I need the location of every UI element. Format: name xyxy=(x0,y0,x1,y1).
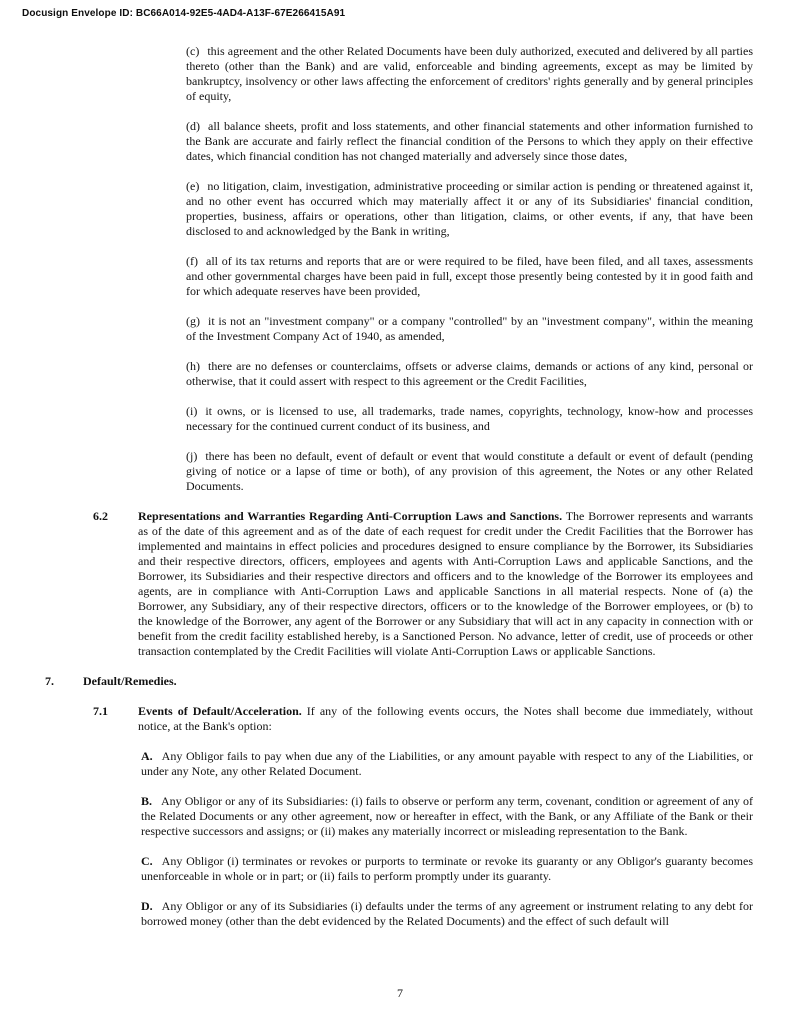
event-marker: B. xyxy=(141,794,152,808)
clause-paragraph-c: (c)this agreement and the other Related … xyxy=(186,44,753,104)
clause-marker: (f) xyxy=(186,254,198,268)
event-marker: C. xyxy=(141,854,153,868)
clause-paragraph-d: (d)all balance sheets, profit and loss s… xyxy=(186,119,753,164)
clause-text: all of its tax returns and reports that … xyxy=(186,254,753,298)
clause-paragraph-e: (e)no litigation, claim, investigation, … xyxy=(186,179,753,239)
event-paragraph-d: D.Any Obligor or any of its Subsidiaries… xyxy=(141,899,753,929)
clause-text: this agreement and the other Related Doc… xyxy=(186,44,753,103)
section-heading: Representations and Warranties Regarding… xyxy=(138,509,562,523)
section-text: Representations and Warranties Regarding… xyxy=(138,509,753,659)
clause-paragraph-g: (g)it is not an "investment company" or … xyxy=(186,314,753,344)
event-text: Any Obligor or any of its Subsidiaries: … xyxy=(141,794,753,838)
clause-marker: (e) xyxy=(186,179,199,193)
clause-marker: (h) xyxy=(186,359,200,373)
clause-text: it is not an "investment company" or a c… xyxy=(186,314,753,343)
section-number: 6.2 xyxy=(93,509,138,659)
clause-marker: (j) xyxy=(186,449,197,463)
event-paragraph-b: B.Any Obligor or any of its Subsidiaries… xyxy=(141,794,753,839)
clause-text: there has been no default, event of defa… xyxy=(186,449,753,493)
event-paragraph-a: A.Any Obligor fails to pay when due any … xyxy=(141,749,753,779)
clause-text: there are no defenses or counterclaims, … xyxy=(186,359,753,388)
page-number: 7 xyxy=(0,986,800,1001)
docusign-envelope-id: Docusign Envelope ID: BC66A014-92E5-4AD4… xyxy=(22,8,345,19)
clause-paragraph-i: (i)it owns, or is licensed to use, all t… xyxy=(186,404,753,434)
event-marker: D. xyxy=(141,899,153,913)
event-text: Any Obligor (i) terminates or revokes or… xyxy=(141,854,753,883)
clause-paragraph-f: (f)all of its tax returns and reports th… xyxy=(186,254,753,299)
clause-marker: (i) xyxy=(186,404,197,418)
event-text: Any Obligor fails to pay when due any of… xyxy=(141,749,753,778)
section-body-text: The Borrower represents and warrants as … xyxy=(138,509,753,658)
clause-text: all balance sheets, profit and loss stat… xyxy=(186,119,753,163)
section-7: 7. Default/Remedies. xyxy=(45,674,800,689)
section-heading: Events of Default/Acceleration. xyxy=(138,704,302,718)
clause-text: it owns, or is licensed to use, all trad… xyxy=(186,404,753,433)
event-text: Any Obligor or any of its Subsidiaries (… xyxy=(141,899,753,928)
section-6-2: 6.2 Representations and Warranties Regar… xyxy=(93,509,800,659)
document-page: Docusign Envelope ID: BC66A014-92E5-4AD4… xyxy=(0,0,800,1035)
clause-paragraph-h: (h)there are no defenses or counterclaim… xyxy=(186,359,753,389)
clause-marker: (d) xyxy=(186,119,200,133)
event-marker: A. xyxy=(141,749,153,763)
clause-paragraph-j: (j)there has been no default, event of d… xyxy=(186,449,753,494)
section-number: 7. xyxy=(45,674,83,689)
event-paragraph-c: C.Any Obligor (i) terminates or revokes … xyxy=(141,854,753,884)
clause-text: no litigation, claim, investigation, adm… xyxy=(186,179,753,238)
clause-marker: (c) xyxy=(186,44,199,58)
section-7-1: 7.1 Events of Default/Acceleration. If a… xyxy=(93,704,800,734)
section-number: 7.1 xyxy=(93,704,138,734)
clause-marker: (g) xyxy=(186,314,200,328)
section-heading: Default/Remedies. xyxy=(83,674,177,689)
section-text: Events of Default/Acceleration. If any o… xyxy=(138,704,753,734)
document-body: (c)this agreement and the other Related … xyxy=(0,44,800,944)
